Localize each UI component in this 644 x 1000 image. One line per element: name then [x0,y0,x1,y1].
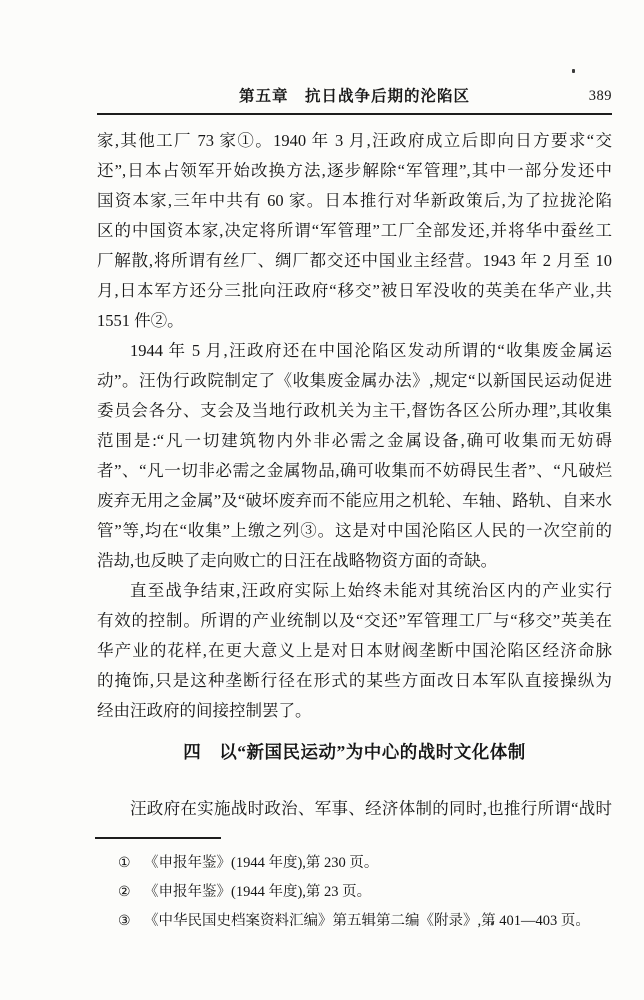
footnote-marker: ② [118,878,144,907]
book-page: 第五章 抗日战争后期的沦陷区 389 家,其他工厂 73 家①。1940 年 3… [0,0,644,1000]
body-line: 经由汪政府的间接控制罢了。 [97,696,612,726]
chapter-title: 第五章 抗日战争后期的沦陷区 [239,88,470,105]
page-number: 389 [589,88,612,105]
footnote-item: ②《申报年鉴》(1944 年度),第 23 页。 [118,878,612,907]
body-line: 浩劫,也反映了走向败亡的日汪在战略物资方面的奇缺。 [97,546,612,576]
body-line: 动”。汪伪行政院制定了《收集废金属办法》,规定“以新国民运动促进 [97,366,612,396]
footnote-text: 《申报年鉴》(1944 年度),第 230 页。 [144,855,378,871]
body-line: 家,其他工厂 73 家①。1940 年 3 月,汪政府成立后即向日方要求“交 [97,126,612,156]
body-line: 汪政府在实施战时政治、军事、经济体制的同时,也推行所谓“战时 [97,794,612,824]
body-line: 管”等,均在“收集”上缴之列③。这是对中国沦陷区人民的一次空前的 [97,516,612,546]
body-line: 还”,日本占领军开始改换方法,逐步解除“军管理”,其中一部分发还中 [97,156,612,186]
footnote-text: 《中华民国史档案资料汇编》第五辑第二编《附录》,第 401—403 页。 [144,913,590,929]
body-line: 有效的控制。所谓的产业统制以及“交还”军管理工厂与“移交”英美在 [97,606,612,636]
body-line: 区的中国资本家,决定将所谓“军管理”工厂全部发还,并将华中蚕丝工 [97,216,612,246]
footnote-text: 《申报年鉴》(1944 年度),第 23 页。 [144,884,371,900]
body-line: 月,日本军方还分三批向汪政府“移交”被日军没收的英美在华产业,共 [97,276,612,306]
body-line: 1551 件②。 [97,306,612,336]
body-text: 家,其他工厂 73 家①。1940 年 3 月,汪政府成立后即向日方要求“交 还… [97,126,612,726]
body-line: 国资本家,三年中共有 60 家。日本推行对华新政策后,为了拉拢沦陷 [97,186,612,216]
footnote-separator [95,837,221,839]
body-line: 直至战争结束,汪政府实际上始终未能对其统治区内的产业实行 [97,576,612,606]
body-line: 1944 年 5 月,汪政府还在中国沦陷区发动所谓的“收集废金属运 [97,336,612,366]
body-line: 华产业的花样,在更大意义上是对日本财阀垄断中国沦陷区经济命脉 [97,636,612,666]
body-line: 范围是:“凡一切建筑物内外非必需之金属设备,确可收集而无妨碍 [97,426,612,456]
scan-speck [491,922,494,925]
body-line: 委员会各分、支会及当地行政机关为主干,督饬各区公所办理”,其收集 [97,396,612,426]
footnote-marker: ① [118,849,144,878]
scan-speck [572,69,575,73]
running-header: 第五章 抗日战争后期的沦陷区 389 [97,86,612,108]
body-line: 者”、“凡一切非必需之金属物品,确可收集而不妨碍民生者”、“凡破烂 [97,456,612,486]
footnote-item: ③《中华民国史档案资料汇编》第五辑第二编《附录》,第 401—403 页。 [118,907,612,936]
section-heading: 四 以“新国民运动”为中心的战时文化体制 [97,737,612,767]
body-line: 厂解散,将所谓有丝厂、绸厂都交还中国业主经营。1943 年 2 月至 10 [97,246,612,276]
footnotes: ①《申报年鉴》(1944 年度),第 230 页。 ②《申报年鉴》(1944 年… [118,849,612,936]
footnote-marker: ③ [118,907,144,936]
header-rule [97,113,612,115]
body-line: 的掩饰,只是这种垄断行径在形式的某些方面改日本军队直接操纵为 [97,666,612,696]
footnote-item: ①《申报年鉴》(1944 年度),第 230 页。 [118,849,612,878]
body-line: 废弃无用之金属”及“破坏废弃而不能应用之机轮、车轴、路轨、自来水 [97,486,612,516]
body-text-continued: 汪政府在实施战时政治、军事、经济体制的同时,也推行所谓“战时 [97,794,612,824]
